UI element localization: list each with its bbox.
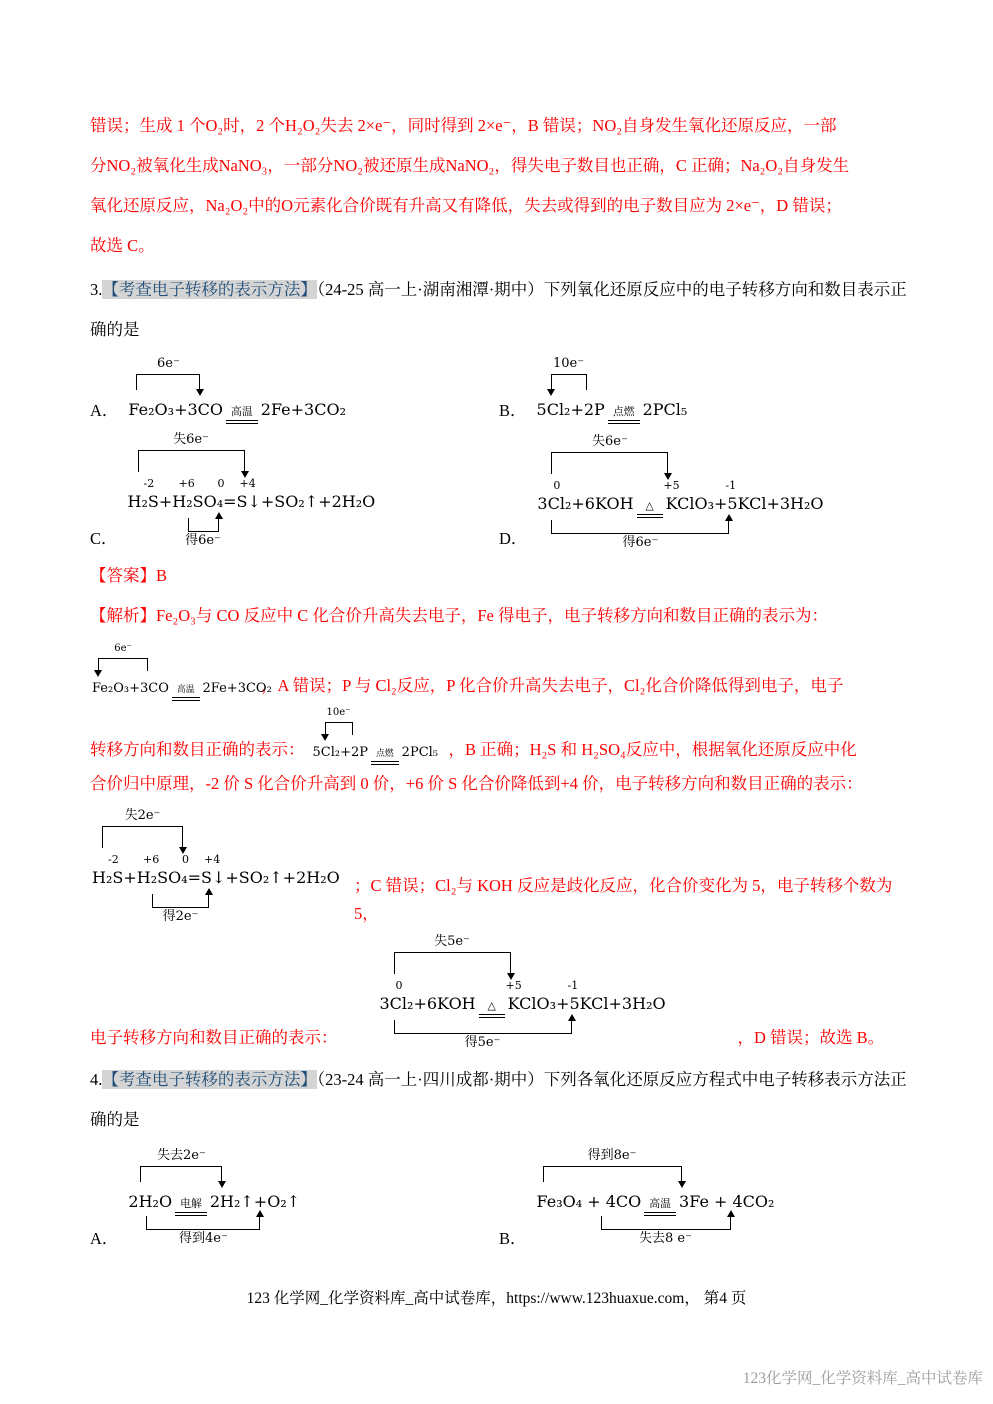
transfer-arrowhead-icon [218,1181,226,1188]
explanation-line: 错误；生成 1 个O₂时，2 个H₂O₂失去 2×e⁻，同时得到 2×e⁻，B … [90,106,908,146]
analysis-text-7: 电子转移方向和数目正确的表示： [90,1024,338,1052]
chemical-equation: 5Cl₂+2P点燃2PCl₅ [537,400,688,419]
electron-transfer-bracket [551,374,587,390]
explanation-line: 氧化还原反应，Na₂O₂中的O元素化合价既有升高又有降低，失去或得到的电子数目应… [90,186,908,226]
reaction-condition: 点燃 [608,405,640,424]
formula-text: KClO₃+5KCl+3H₂O [666,494,824,513]
formula-text: 5Cl₂+2P [313,745,369,760]
transfer-arrowhead-icon [725,514,733,521]
electron-count-label: 得6e⁻ [158,533,249,549]
electron-count-label: 失2e⁻ [72,808,213,824]
electron-count-label: 失去8 e⁻ [571,1231,761,1247]
electron-count-label: 得2e⁻ [122,909,239,925]
reaction-condition: △ [479,999,505,1018]
transfer-arrowhead-icon [507,973,515,980]
formula-text: KClO₃+5KCl+3H₂O [508,994,666,1013]
formula-text: 5Cl₂+2P [537,400,605,419]
q4-option-b-label: B． [499,1226,527,1252]
electron-transfer-bracket [102,826,183,848]
oxidation-number: +5 [663,480,679,491]
oxidation-number: +4 [240,478,256,489]
question-4-topic-tag: 【考查电子转移的表示方法】 [102,1070,317,1089]
transfer-arrowhead-icon [179,847,187,854]
double-line-equals [644,1212,676,1216]
transfer-arrowhead-icon [215,512,223,519]
q4-options-row-ab: A． 失去2e⁻得到4e⁻2H₂O电解2H₂↑+O₂↑ B． 得到8e⁻失去8 … [90,1148,908,1252]
chemical-equation: H₂S+H₂SO₄=S↓+SO₂↑+2H₂O [92,868,340,887]
electron-transfer-bracket [551,520,729,534]
electron-count-label: 失去2e⁻ [110,1148,252,1164]
transfer-arrowhead-icon [196,389,204,396]
reaction-diagram-q3-b: 10e⁻5Cl₂+2P点燃2PCl₅ [535,354,745,424]
transfer-arrowhead-icon [547,389,555,396]
electron-transfer-bracket [394,1020,572,1034]
double-line-equals [172,697,200,701]
chemical-equation: Fe₂O₃+3CO高温2Fe+3CO₂ [92,680,272,696]
electron-count-label: 6e⁻ [106,356,230,372]
q3-analysis-text-5: 合价归中原理，-2 价 S 化合价升高到 0 价，+6 价 S 化合价降低到+4… [90,764,908,804]
explanation-paragraph-q2: 错误；生成 1 个O₂时，2 个H₂O₂失去 2×e⁻，同时得到 2×e⁻，B … [90,106,908,266]
reaction-condition: 电解 [175,1197,207,1216]
analysis-text-4: ，B 正确；H₂S 和 H₂SO₄反应中，根据氧化还原反应中化 [449,736,857,764]
transfer-arrowhead-icon [94,670,102,677]
condition-text: 高温 [226,405,258,419]
q3-analysis-intro: 【解析】Fe₂O₃与 CO 反应中 C 化合价升高失去电子，Fe 得电子，电子转… [90,596,908,636]
electron-transfer-bracket [394,952,511,974]
oxidation-number: -2 [144,478,155,489]
electron-count-label: 得5e⁻ [364,1035,602,1051]
double-line-equals [226,420,258,424]
answer-value: B [156,566,167,585]
chemical-equation: 3Cl₂+6KOH△KClO₃+5KCl+3H₂O [537,494,823,513]
formula-text: 2PCl₅ [643,400,688,419]
transfer-arrowhead-icon [241,471,249,478]
electron-transfer-bracket [98,658,148,671]
reaction-condition: △ [637,499,663,518]
chemical-equation: 5Cl₂+2P点燃2PCl₅ [313,744,439,760]
q3-option-d: D． 0+5-1失6e⁻得6e⁻3Cl₂+6KOH△KClO₃+5KCl+3H₂… [499,434,908,552]
transfer-arrowhead-icon [678,1181,686,1188]
reaction-condition: 高温 [644,1197,676,1216]
chemical-equation: Fe₂O₃+3CO高温2Fe+3CO₂ [128,400,346,419]
q3-option-c-label: C． [90,526,118,552]
transfer-arrowhead-icon [664,473,672,480]
q4-option-a-label: A． [90,1226,118,1252]
formula-text: 3Cl₂+6KOH [537,494,633,513]
analysis-text-6: ；C 错误；Cl₂与 KOH 反应是歧化反应，化合价变化为 5，电子转移个数为 … [354,872,908,928]
formula-text: 2Fe+3CO₂ [203,681,272,696]
oxidation-number: -1 [568,980,579,991]
analysis-text-3: 转移方向和数目正确的表示： [90,736,305,764]
analysis-text-1: Fe₂O₃与 CO 反应中 C 化合价升高失去电子，Fe 得电子，电子转移方向和… [156,606,828,625]
reaction-diagram-analysis-d: 0+5-1失5e⁻得5e⁻3Cl₂+6KOH△KClO₃+5KCl+3H₂O [378,938,678,1052]
answer-label: 【答案】 [90,566,156,585]
electron-count-label: 失6e⁻ [521,434,698,450]
q3-options-row-cd: C． -2+60+4失6e⁻得6e⁻H₂S+H₂SO₄=S↓+SO₂↑+2H₂O… [90,434,908,552]
chemical-equation: 2H₂O电解2H₂↑+O₂↑ [128,1192,300,1211]
electron-transfer-bracket [152,894,209,908]
formula-text: Fe₂O₃+3CO [128,400,223,419]
oxidation-number: -1 [725,480,736,491]
formula-text: 3Fe + 4CO₂ [679,1192,774,1211]
electron-count-label: 6e⁻ [68,643,178,655]
double-line-equals [175,1212,207,1216]
question-3-topic-tag: 【考查电子转移的表示方法】 [102,280,317,299]
document-page: 错误；生成 1 个O₂时，2 个H₂O₂失去 2×e⁻，同时得到 2×e⁻，B … [0,0,993,1404]
transfer-arrowhead-icon [568,1014,576,1021]
q3-analysis-row-a: 6e⁻Fe₂O₃+3CO高温2Fe+3CO₂ ，A 错误；P 与 Cl₂反应，P… [90,642,908,700]
oxidation-number: +5 [506,980,522,991]
chemical-equation: 3Cl₂+6KOH△KClO₃+5KCl+3H₂O [380,994,666,1013]
electron-count-label: 失5e⁻ [364,934,541,950]
chemical-equation: H₂S+H₂SO₄=S↓+SO₂↑+2H₂O [128,492,376,511]
reaction-diagram-analysis-c: -2+60+4失2e⁻得2e⁻H₂S+H₂SO₄=S↓+SO₂↑+2H₂O [90,810,348,928]
oxidation-number: +6 [179,478,195,489]
q3-option-b: B． 10e⁻5Cl₂+2P点燃2PCl₅ [499,354,908,424]
double-line-equals [608,420,640,424]
oxidation-number: 0 [553,480,560,491]
transfer-arrowhead-icon [321,734,329,741]
q3-analysis-row-d: 电子转移方向和数目正确的表示： 0+5-1失5e⁻得5e⁻3Cl₂+6KOH△K… [90,938,908,1052]
double-line-equals [371,761,399,765]
electron-transfer-bracket [138,450,245,472]
reaction-diagram-q3-a: 6e⁻Fe₂O₃+3CO高温2Fe+3CO₂ [126,354,366,424]
reaction-diagram-analysis-a: 6e⁻Fe₂O₃+3CO高温2Fe+3CO₂ [90,642,255,700]
formula-text: 3Cl₂+6KOH [380,994,476,1013]
transfer-arrowhead-icon [727,1210,735,1217]
formula-text: H₂S+H₂SO₄=S↓+SO₂↑+2H₂O [92,868,340,887]
explanation-line: 分NO₂被氧化生成NaNO₃，一部分NO₂被还原生成NaNO₂，得失电子数目也正… [90,146,908,186]
reaction-condition: 高温 [226,405,258,424]
q3-option-c: C． -2+60+4失6e⁻得6e⁻H₂S+H₂SO₄=S↓+SO₂↑+2H₂O [90,434,499,552]
condition-text: 高温 [172,685,200,696]
oxidation-number: +6 [143,854,159,865]
condition-text: 点燃 [371,749,399,760]
oxidation-number: +4 [204,854,220,865]
condition-text: △ [640,499,658,513]
electron-transfer-bracket [551,452,668,474]
oxidation-number: 0 [182,854,189,865]
condition-text: 高温 [644,1197,676,1211]
condition-text: 点燃 [608,405,640,419]
oxidation-number: 0 [396,980,403,991]
electron-transfer-bracket [325,722,353,735]
q3-option-b-label: B． [499,398,527,424]
electron-transfer-bracket [601,1216,731,1230]
reaction-diagram-q3-d: 0+5-1失6e⁻得6e⁻3Cl₂+6KOH△KClO₃+5KCl+3H₂O [535,438,835,552]
page-content: 错误；生成 1 个O₂时，2 个H₂O₂失去 2×e⁻，同时得到 2×e⁻，B … [90,106,908,1252]
q3-option-a-label: A． [90,398,118,424]
electron-count-label: 得到8e⁻ [513,1148,712,1164]
q3-option-a: A． 6e⁻Fe₂O₃+3CO高温2Fe+3CO₂ [90,354,499,424]
oxidation-number: 0 [218,478,225,489]
q4-option-b: B． 得到8e⁻失去8 e⁻Fe₃O₄ + 4CO高温3Fe + 4CO₂ [499,1148,908,1252]
electron-transfer-bracket [543,1166,682,1182]
question-4-stem: 4.【考查电子转移的表示方法】（23-24 高一上·四川成都·期中）下列各氧化还… [90,1060,908,1140]
reaction-condition: 高温 [172,685,200,701]
double-line-equals [637,514,663,518]
formula-text: H₂S+H₂SO₄=S↓+SO₂↑+2H₂O [128,492,376,511]
electron-transfer-bracket [146,1216,260,1230]
analysis-text-2: ，A 错误；P 与 Cl₂反应，P 化合价升高失去电子，Cl₂化合价降低得到电子… [261,672,843,700]
oxidation-number: -2 [108,854,119,865]
transfer-arrowhead-icon [256,1210,264,1217]
electron-count-label: 得到4e⁻ [116,1231,290,1247]
reaction-diagram-analysis-b: 10e⁻5Cl₂+2P点燃2PCl₅ [311,706,443,764]
double-line-equals [479,1014,505,1018]
formula-text: 2Fe+3CO₂ [261,400,346,419]
page-footer: 123 化学网_化学资料库_高中试卷库，https://www.123huaxu… [0,1286,993,1308]
chemical-equation: Fe₃O₄ + 4CO高温3Fe + 4CO₂ [537,1192,775,1211]
q3-analysis-row-b: 转移方向和数目正确的表示： 10e⁻5Cl₂+2P点燃2PCl₅ ，B 正确；H… [90,706,908,764]
q3-answer-line: 【答案】B [90,556,908,596]
q3-analysis-row-c: -2+60+4失2e⁻得2e⁻H₂S+H₂SO₄=S↓+SO₂↑+2H₂O ；C… [90,810,908,928]
electron-transfer-bracket [136,374,200,390]
electron-count-label: 10e⁻ [295,707,383,719]
electron-count-label: 得6e⁻ [521,535,759,551]
electron-count-label: 失6e⁻ [108,432,275,448]
question-3-stem: 3.【考查电子转移的表示方法】（24-25 高一上·湖南湘潭·期中）下列氧化还原… [90,270,908,350]
electron-transfer-bracket [188,518,219,532]
q3-options-row-ab: A． 6e⁻Fe₂O₃+3CO高温2Fe+3CO₂ B． 10e⁻5Cl₂+2P… [90,354,908,424]
explanation-line: 故选 C。 [90,226,908,266]
formula-text: 2H₂↑+O₂↑ [210,1192,300,1211]
electron-transfer-bracket [140,1166,222,1182]
analysis-label: 【解析】 [90,606,156,625]
formula-text: 2H₂O [128,1192,172,1211]
site-watermark: 123化学网_化学资料库_高中试卷库 [743,1366,983,1388]
analysis-text-8: ，D 错误；故选 B。 [738,1024,885,1052]
condition-text: 电解 [175,1197,207,1211]
transfer-arrowhead-icon [205,888,213,895]
condition-text: △ [482,999,500,1013]
formula-text: 2PCl₅ [402,745,438,760]
reaction-condition: 点燃 [371,749,399,765]
formula-text: Fe₂O₃+3CO [92,681,169,696]
reaction-diagram-q3-c: -2+60+4失6e⁻得6e⁻H₂S+H₂SO₄=S↓+SO₂↑+2H₂O [126,434,384,552]
q4-option-a: A． 失去2e⁻得到4e⁻2H₂O电解2H₂↑+O₂↑ [90,1148,499,1252]
electron-count-label: 10e⁻ [521,356,617,372]
reaction-diagram-q4-b: 得到8e⁻失去8 e⁻Fe₃O₄ + 4CO高温3Fe + 4CO₂ [535,1148,780,1252]
question-3-number: 3. [90,280,102,299]
reaction-diagram-q4-a: 失去2e⁻得到4e⁻2H₂O电解2H₂↑+O₂↑ [126,1148,341,1252]
formula-text: Fe₃O₄ + 4CO [537,1192,642,1211]
question-4-number: 4. [90,1070,102,1089]
